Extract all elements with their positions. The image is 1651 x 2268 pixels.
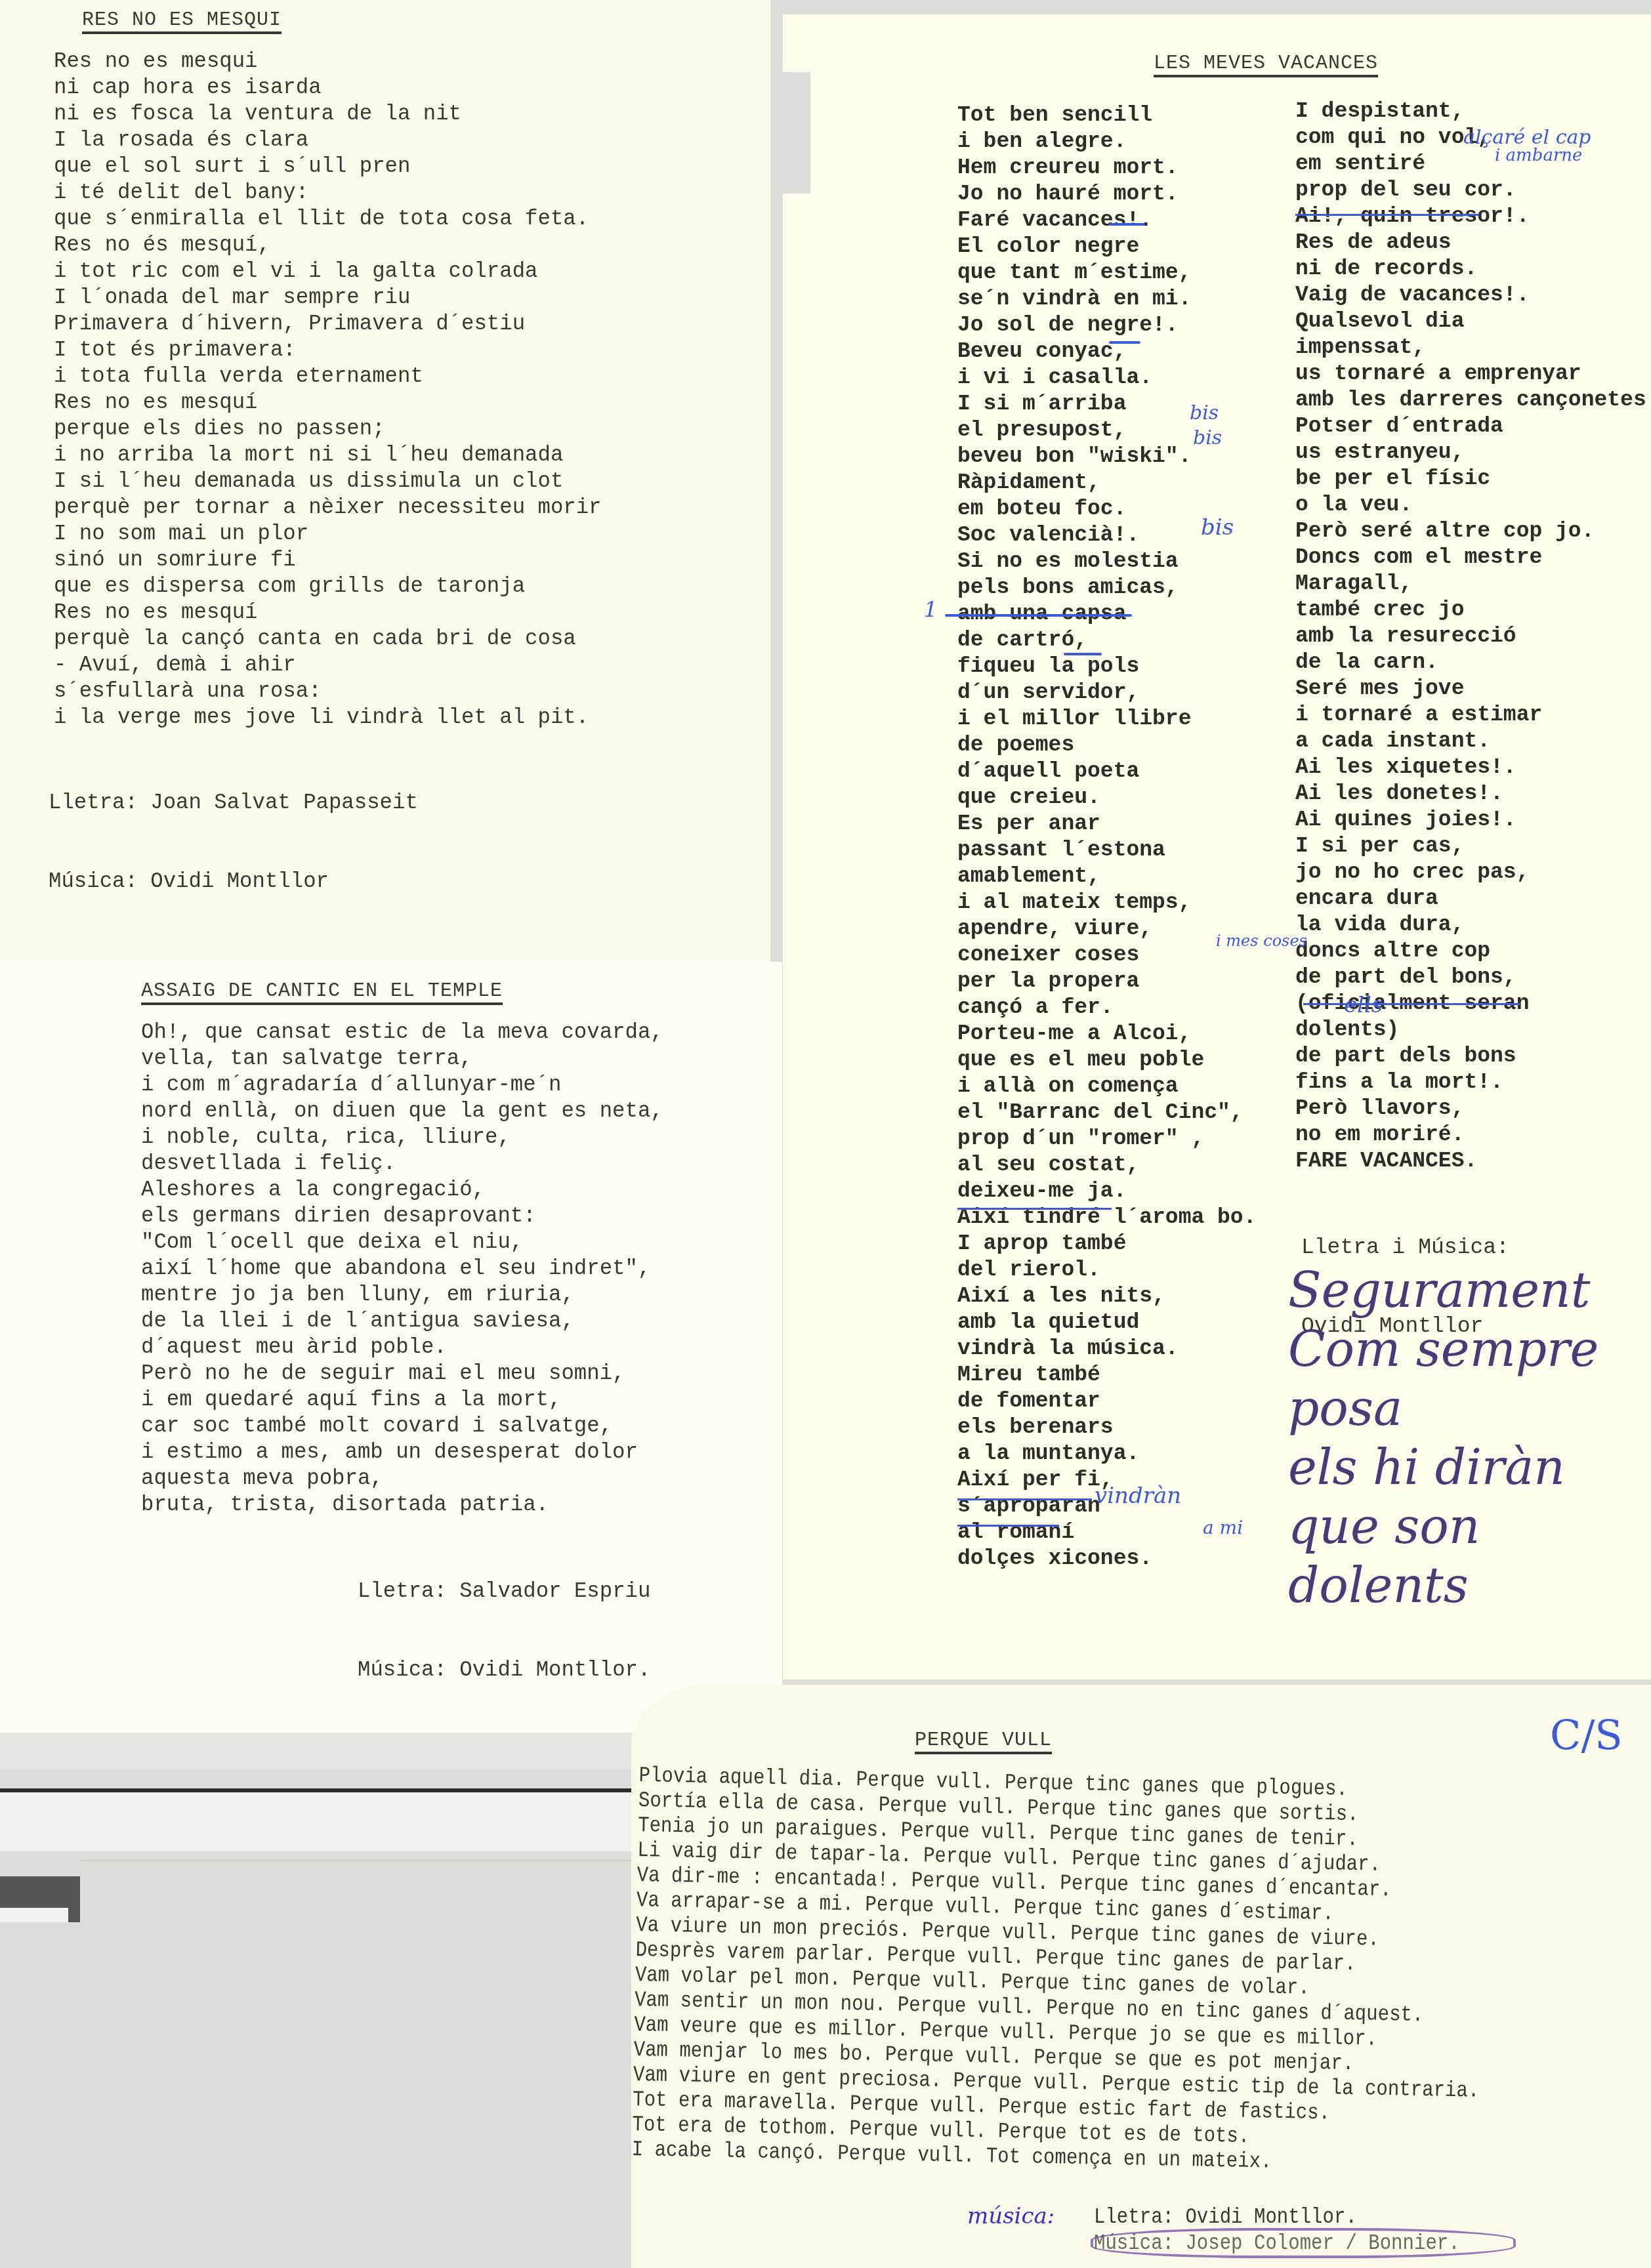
lyric-line: El color negre xyxy=(957,234,1256,260)
annotation-ambarne: i ambarne xyxy=(1495,146,1582,165)
lyric-line: Res no és mesquí, xyxy=(54,232,602,258)
pen-underline xyxy=(945,614,1132,617)
lyric-line: fiqueu la pols xyxy=(957,653,1256,680)
scanner-bed-panel xyxy=(80,1860,658,2268)
lyric-line: de cartró, xyxy=(957,627,1256,653)
lyric-line: doncs altre cop xyxy=(1295,938,1646,964)
credit-lyrics-music: Lletra i Música: xyxy=(1301,1235,1509,1261)
strikethrough xyxy=(1303,1003,1520,1005)
annotation-bis: bis xyxy=(1190,402,1219,424)
credits: Lletra: Salvador Espriu Música: Ovidi Mo… xyxy=(358,1526,650,1736)
lyric-line: i tota fulla verda eternament xyxy=(54,363,602,390)
annotation-i-mes-coses: i mes coses xyxy=(1216,932,1307,950)
lyric-line: Hem creureu mort. xyxy=(957,155,1256,181)
lyric-line: i el millor llibre xyxy=(957,706,1256,732)
lyric-line: Faré vacances!. xyxy=(957,207,1256,234)
lyric-line: fins a la mort!. xyxy=(1295,1069,1646,1096)
lyric-line: els germans dirien desaprovant: xyxy=(141,1203,663,1229)
sheet-perque-vull: PERQUE VULL C/S Plovia aquell dia. Perqu… xyxy=(631,1685,1651,2268)
lyric-line: que creieu. xyxy=(957,785,1256,811)
lyric-line: apendre, viure, xyxy=(957,916,1256,942)
lyric-line: per la propera xyxy=(957,968,1256,995)
lyric-line: Ai quines joies!. xyxy=(1295,807,1646,833)
lyric-line: deixeu-me ja. xyxy=(957,1178,1256,1205)
lyric-line: Vaig de vacances!. xyxy=(1295,282,1646,308)
lyric-line: I la rosada és clara xyxy=(54,127,602,154)
lyric-line: i noble, culta, rica, lliure, xyxy=(141,1124,663,1151)
lyric-line: Ai les xiquetes!. xyxy=(1295,754,1646,781)
lyric-line: encara dura xyxy=(1295,886,1646,912)
lyric-line: i té delit del bany: xyxy=(54,180,602,206)
lyric-line: que el sol surt i s´ull pren xyxy=(54,154,602,180)
lyric-line: que es el meu poble xyxy=(957,1047,1256,1073)
song-title: RES NO ES MESQUI xyxy=(82,9,282,31)
lyric-line: Tot ben sencill xyxy=(957,102,1256,129)
corner-mark: C/S xyxy=(1550,1711,1623,1759)
lyric-line: d´aquell poeta xyxy=(957,758,1256,785)
lyric-line: prop del seu cor. xyxy=(1295,177,1646,203)
scribble-out xyxy=(1091,2228,1516,2258)
lyric-line: i al mateix temps, xyxy=(957,890,1256,916)
lyric-line: be per el físic xyxy=(1295,466,1646,492)
lyric-line: Ai les donetes!. xyxy=(1295,781,1646,807)
lyrics: Res no es mesquini cap hora es isardani … xyxy=(54,49,602,731)
lyric-line: "Com l´ocell que deixa el niu, xyxy=(141,1229,663,1256)
lyric-line: que s´enmiralla el llit de tota cosa fet… xyxy=(54,206,602,232)
lyric-line: passant l´estona xyxy=(957,837,1256,863)
lyric-line: el "Barranc del Cinc", xyxy=(957,1100,1256,1126)
torn-edge xyxy=(783,72,810,194)
credit-music: Música: Ovidi Montllor. xyxy=(358,1657,650,1683)
lyric-line: ni cap hora es isarda xyxy=(54,75,602,101)
lyric-line: Jo sol de negre!. xyxy=(957,312,1256,339)
lyric-line: Jo no hauré mort. xyxy=(957,181,1256,207)
lyric-line: Seré mes jove xyxy=(1295,676,1646,702)
lyric-line: vella, tan salvatge terra, xyxy=(141,1046,663,1072)
lyric-line: sinó un somriure fi xyxy=(54,547,602,573)
lyric-line: al seu costat, xyxy=(957,1152,1256,1178)
lyric-line: Però llavors, xyxy=(1295,1096,1646,1122)
lyric-line: i tot ric com el vi i la galta colrada xyxy=(54,258,602,285)
annotation-vindran: vindràn xyxy=(1095,1483,1181,1509)
sheet-les-meves-vacances: LES MEVES VACANCES Tot ben sencilli ben … xyxy=(783,14,1651,1680)
lyric-line: de la llei i de l´antigua saviesa, xyxy=(141,1308,663,1334)
lyric-line: i tornaré a estimar xyxy=(1295,702,1646,728)
lyric-line: Primavera d´hivern, Primavera d´estiu xyxy=(54,311,602,337)
lyric-line: Maragall, xyxy=(1295,571,1646,597)
lyric-line: Doncs com el mestre xyxy=(1295,545,1646,571)
lyric-line: i com m´agradaría d´allunyar-me´n xyxy=(141,1072,663,1098)
lyric-line: us estranyeu, xyxy=(1295,440,1646,466)
pen-mark xyxy=(1064,653,1102,655)
lyric-line: Res no es mesqui xyxy=(54,49,602,75)
lyric-line: Qualsevol dia xyxy=(1295,308,1646,335)
lyric-line: d´un servidor, xyxy=(957,680,1256,706)
lyric-line: i ben alegre. xyxy=(957,129,1256,155)
lyric-line: dolçes xicones. xyxy=(957,1546,1256,1572)
lyric-line: i allà on comença xyxy=(957,1073,1256,1100)
lyric-line: Res no es mesquí xyxy=(54,600,602,626)
lyric-line: Mireu també xyxy=(957,1362,1256,1388)
lyric-line: del rierol. xyxy=(957,1257,1256,1283)
lyric-line: amablement, xyxy=(957,863,1256,890)
annotation-musica: música: xyxy=(967,2203,1055,2229)
credit-lyrics: Lletra: Salvador Espriu xyxy=(358,1578,650,1605)
song-title: LES MEVES VACANCES xyxy=(1154,52,1378,75)
lyric-line: us tornaré a emprenyar xyxy=(1295,361,1646,387)
annotation-a-mi: a mi xyxy=(1203,1517,1243,1538)
lyric-line: a cada instant. xyxy=(1295,728,1646,754)
lyric-line: Però seré altre cop jo. xyxy=(1295,518,1646,545)
lyric-line: i vi i casalla. xyxy=(957,365,1256,391)
lyric-line: Res no es mesquí xyxy=(54,390,602,416)
sheet-assaig-de-cantic: ASSAIG DE CANTIC EN EL TEMPLE Oh!, que c… xyxy=(0,962,782,1733)
lyric-line: i no arriba la mort ni si l´heu demanada xyxy=(54,442,602,468)
lyric-line: no em moriré. xyxy=(1295,1122,1646,1148)
lyric-line: amb la resurecció xyxy=(1295,623,1646,649)
lyric-line: els berenars xyxy=(957,1414,1256,1441)
lyrics: Oh!, que cansat estic de la meva covarda… xyxy=(141,1020,663,1518)
lyric-line: desvetllada i feliç. xyxy=(141,1151,663,1177)
lyric-line: de fomentar xyxy=(957,1388,1256,1414)
lyric-line: bruta, trista, disortada patria. xyxy=(141,1492,663,1518)
lyric-line: dolents) xyxy=(1295,1017,1646,1043)
credits: Lletra: Joan Salvat Papasseit Música: Ov… xyxy=(49,737,418,947)
lyric-line: aquesta meva pobra, xyxy=(141,1466,663,1492)
lyric-line: I no som mai un plor xyxy=(54,521,602,547)
lyric-line: nord enllà, on diuen que la gent es neta… xyxy=(141,1098,663,1124)
scanner-bed-strip xyxy=(0,1733,656,1769)
lyric-line: i la verge mes jove li vindrà llet al pi… xyxy=(54,705,602,731)
lyric-line: o la veu. xyxy=(1295,492,1646,518)
lyric-line: Així a les nits, xyxy=(957,1283,1256,1309)
sheet-res-no-es-mesqui: RES NO ES MESQUI Res no es mesquini cap … xyxy=(0,0,772,963)
lyric-line: perquè per tornar a nèixer necessiteu mo… xyxy=(54,495,602,521)
lyric-line: Ai!, quin tresor!. xyxy=(1295,203,1646,230)
lyric-line: perque els dies no passen; xyxy=(54,416,602,442)
lyric-line: i estimo a mes, amb un desesperat dolor xyxy=(141,1439,663,1466)
lyric-line: em sentiré xyxy=(1295,151,1646,177)
scanner-bed-strip xyxy=(0,1792,656,1851)
lyric-line: així l´home que abandona el seu indret", xyxy=(141,1256,663,1282)
pen-mark xyxy=(1109,341,1140,344)
lyrics-left-column: Tot ben sencilli ben alegre.Hem creureu … xyxy=(957,102,1256,1572)
pen-mark xyxy=(1109,223,1145,226)
annotation-bis: bis xyxy=(1193,426,1222,449)
song-title: ASSAIG DE CANTIC EN EL TEMPLE xyxy=(141,980,503,1002)
lyric-line: se´n vindrà en mi. xyxy=(957,286,1256,312)
lyric-line: FARE VACANCES. xyxy=(1295,1148,1646,1174)
lyric-line: que es dispersa com grills de taronja xyxy=(54,573,602,600)
lyric-line: cançó a fer. xyxy=(957,995,1256,1021)
lyric-line: Però no he de seguir mai el meu somni, xyxy=(141,1361,663,1387)
lyric-line: I si per cas, xyxy=(1295,833,1646,859)
lyric-line: que tant m´estime, xyxy=(957,260,1256,286)
lyric-line: d´aquest meu àrid poble. xyxy=(141,1334,663,1361)
lyric-line: I despistant, xyxy=(1295,98,1646,125)
lyric-line: de poemes xyxy=(957,732,1256,758)
lyric-line: pels bons amicas, xyxy=(957,575,1256,601)
lyric-line: jo no ho crec pas, xyxy=(1295,859,1646,886)
lyric-line: Si no es molestia xyxy=(957,548,1256,575)
lyric-line: amb les darreres cançonetes xyxy=(1295,387,1646,413)
lyric-line: de la carn. xyxy=(1295,649,1646,676)
lyric-line: car soc també molt covard i salvatge, xyxy=(141,1413,663,1439)
credit-lyrics: Lletra: Ovidi Montllor. xyxy=(1094,2204,1357,2231)
lyric-line: Ràpidament, xyxy=(957,470,1256,496)
lyric-line: Res de adeus xyxy=(1295,230,1646,256)
strikethrough xyxy=(1295,214,1479,216)
lyric-line: Porteu-me a Alcoi, xyxy=(957,1021,1256,1047)
lyric-line: ni es fosca la ventura de la nit xyxy=(54,101,602,127)
lyric-line: Es per anar xyxy=(957,811,1256,837)
strikethrough xyxy=(957,1498,1092,1500)
lyric-line: I tot és primavera: xyxy=(54,337,602,363)
lyric-line: de part dels bons xyxy=(1295,1043,1646,1069)
lyric-line: la vida dura, xyxy=(1295,912,1646,938)
lyric-line: Oh!, que cansat estic de la meva covarda… xyxy=(141,1020,663,1046)
lyric-line: a la muntanya. xyxy=(957,1441,1256,1467)
lyric-line: I l´onada del mar sempre riu xyxy=(54,285,602,311)
lyric-line: I aprop també xyxy=(957,1231,1256,1257)
annotation-bis: bis xyxy=(1201,514,1234,541)
lyric-line: mentre jo ja ben lluny, em riuria, xyxy=(141,1282,663,1308)
credit-lyrics: Lletra: Joan Salvat Papasseit xyxy=(49,790,418,816)
lyric-line: Potser d´entrada xyxy=(1295,413,1646,440)
lyric-line: - Avuí, demà i ahir xyxy=(54,652,602,678)
lyric-line: Aleshores a la congregació, xyxy=(141,1177,663,1203)
lyric-line: amb la quietud xyxy=(957,1309,1256,1336)
lyric-line: I si l´heu demanada us dissimula un clot xyxy=(54,468,602,495)
lyric-line: impenssat, xyxy=(1295,335,1646,361)
lyric-line: també crec jo xyxy=(1295,597,1646,623)
lyric-line: coneixer coses xyxy=(957,942,1256,968)
handwritten-note: Segurament Com sempre posa els hi diràn … xyxy=(1288,1261,1599,1615)
lyric-line: Beveu conyac, xyxy=(957,339,1256,365)
lyric-line: s´esfullarà una rosa: xyxy=(54,678,602,705)
song-title: PERQUE VULL xyxy=(915,1729,1052,1752)
lyric-line: prop d´un "romer" , xyxy=(957,1126,1256,1152)
strikethrough xyxy=(957,1208,1112,1210)
lyric-line: vindrà la música. xyxy=(957,1336,1256,1362)
annotation-margin-number: 1 xyxy=(924,597,937,622)
scanner-bed-block xyxy=(0,1908,68,1922)
lyric-line: i em quedaré aquí fins a la mort, xyxy=(141,1387,663,1413)
lyric-line: de part del bons, xyxy=(1295,964,1646,991)
lyrics: Plovia aquell dia. Perque vull. Perque t… xyxy=(631,1763,1485,2179)
lyric-line: perquè la cançó canta en cada bri de cos… xyxy=(54,626,602,652)
strikethrough xyxy=(957,1525,1059,1527)
credit-music: Música: Ovidi Montllor xyxy=(49,869,418,895)
lyric-line: ni de records. xyxy=(1295,256,1646,282)
annotation-ells: ells xyxy=(1344,992,1383,1018)
